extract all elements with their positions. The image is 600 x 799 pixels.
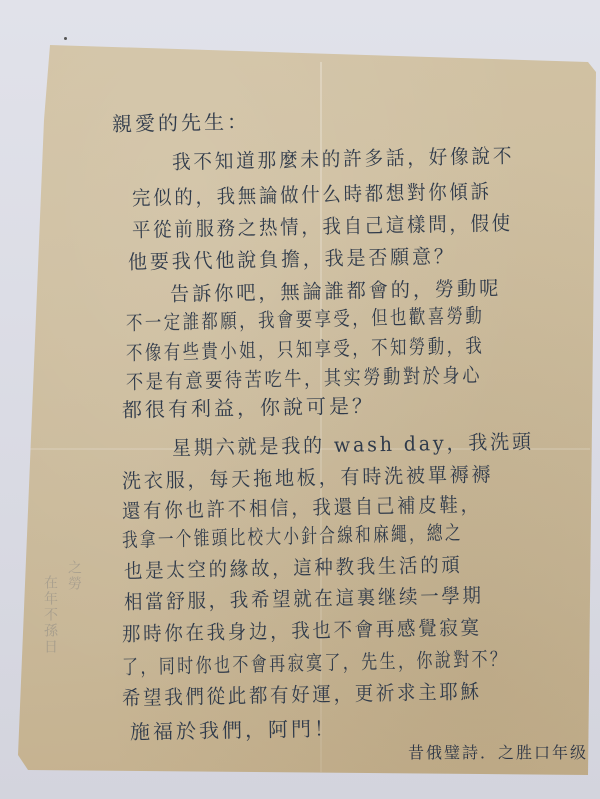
letter-line: 星期六就是我的 wash day，我洗頭 — [172, 425, 534, 461]
letter-line: 完似的，我無論做什么時都想對你傾訴 — [132, 175, 492, 211]
bleed-through-mark: 之勞 — [64, 560, 84, 592]
letter-line: 也是太空的緣故，這种教我生活的頑 — [124, 549, 463, 584]
signature: 昔俄璧詩．之胜口年级 — [408, 740, 588, 763]
letter-line: 我不知道那麼未的許多話，好像說不 — [172, 140, 515, 175]
letter-line: 相當舒服，我希望就在這裏继续一學期 — [124, 579, 484, 615]
letter-line: 了，同时你也不會再寂寞了，先生，你說對不？ — [122, 643, 509, 680]
letter-line: 都很有利益，你說可是？ — [122, 390, 375, 423]
letter-line: 他要我代他說負擔，我是否願意？ — [128, 240, 456, 275]
letter-line: 平從前服務之热情，我自己這樣問，假使 — [132, 207, 513, 243]
letter-line: 那時你在我身边，我也不會再感覺寂寞 — [122, 611, 482, 647]
letter-line: 施福於我們，阿門！ — [130, 712, 337, 745]
salutation: 親愛的先生： — [112, 106, 250, 137]
bleed-through-mark: 在年不孫日 — [40, 575, 60, 655]
letter-body: 之勞 在年不孫日 親愛的先生： 我不知道那麼未的許多話，好像說不 完似的，我無論… — [0, 0, 600, 799]
letter-line: 不是有意要待苦吃牛，其实勞動對於身心 — [126, 359, 482, 395]
dust-speck — [64, 37, 67, 40]
letter-line: 我拿一个锥頭比校大小針合線和麻繩，總之 — [122, 516, 463, 553]
letter-line: 希望我們從此都有好運，更祈求主耶穌 — [122, 675, 482, 711]
